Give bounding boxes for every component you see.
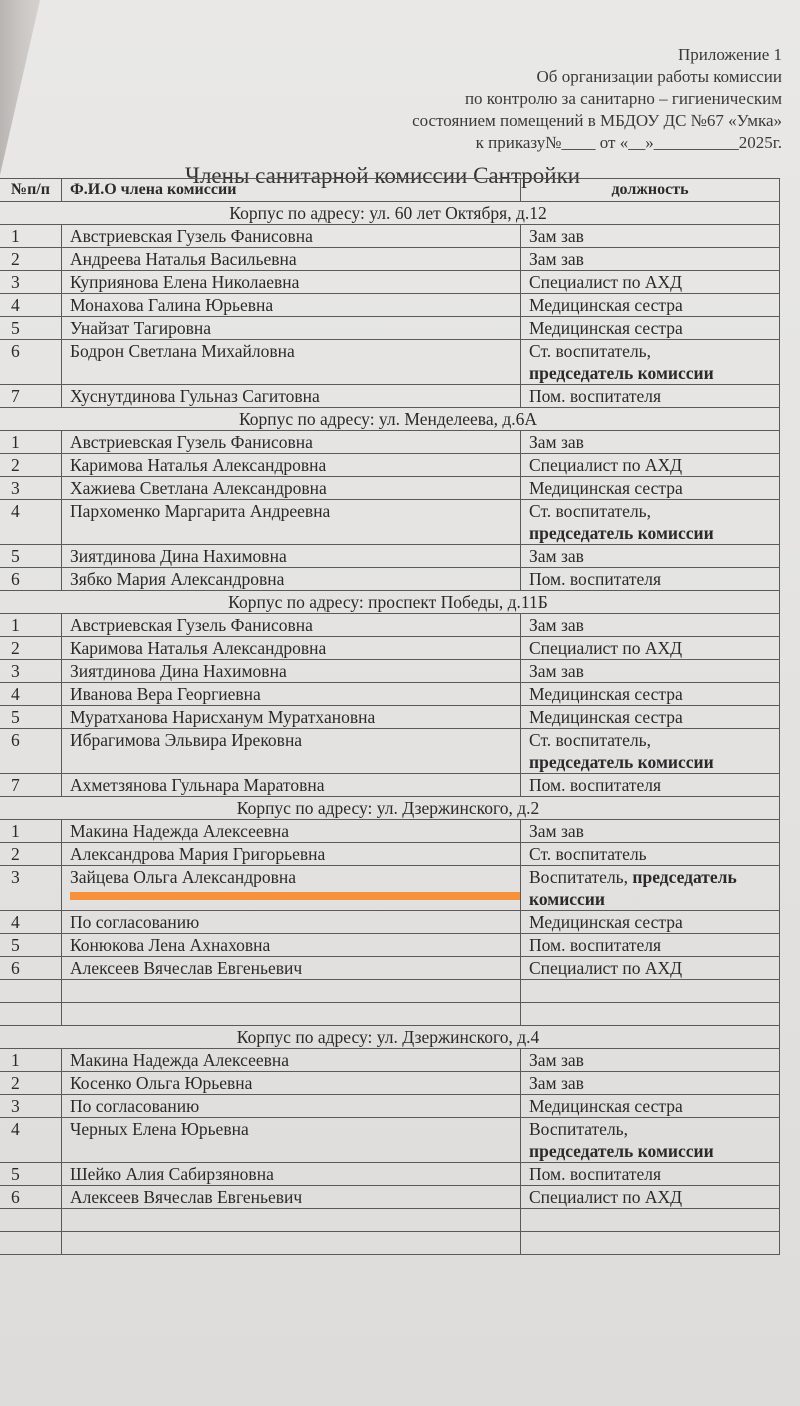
member-position-cell: Медицинская сестра [521,683,780,706]
member-name: Австриевская Гузель Фанисовна [70,226,313,246]
section-address-row: Корпус по адресу: ул. Дзержинского, д.4 [0,1026,780,1049]
row-number [0,1232,62,1255]
member-position-cell: Ст. воспитатель [521,843,780,866]
member-position-cell: Пом. воспитателя [521,568,780,591]
member-position: Ст. воспитатель, [529,730,651,750]
table-row: 4По согласованиюМедицинская сестра [0,911,780,934]
table-row: 4Иванова Вера ГеоргиевнаМедицинская сест… [0,683,780,706]
member-position-cell: Медицинская сестра [521,706,780,729]
member-name-cell [62,1209,521,1232]
empty-row [0,1209,780,1232]
table-row: 2Александрова Мария ГригорьевнаСт. воспи… [0,843,780,866]
section-address-row: Корпус по адресу: проспект Победы, д.11Б [0,591,780,614]
table-row: 3Зайцева Ольга АлександровнаВоспитатель,… [0,866,780,911]
member-position: Медицинская сестра [529,478,683,498]
table-row: 3Хажиева Светлана АлександровнаМедицинск… [0,477,780,500]
member-name: Зиятдинова Дина Нахимовна [70,546,287,566]
member-name-cell: Макина Надежда Алексеевна [62,1049,521,1072]
member-name-cell: Куприянова Елена Николаевна [62,271,521,294]
member-name-cell: Каримова Наталья Александровна [62,454,521,477]
member-position-cell: Специалист по АХД [521,957,780,980]
member-position-cell: Зам зав [521,225,780,248]
member-name-cell: Ахметзянова Гульнара Маратовна [62,774,521,797]
member-position-cell: Зам зав [521,614,780,637]
row-number: 4 [0,683,62,706]
header-position: должность [521,179,780,202]
member-name-cell: По согласованию [62,911,521,934]
member-position: Медицинская сестра [529,295,683,315]
member-name-cell [62,1003,521,1026]
empty-row [0,1003,780,1026]
row-number [0,980,62,1003]
member-position-cell: Ст. воспитатель,председатель комиссии [521,500,780,545]
table-row: 1Макина Надежда АлексеевнаЗам зав [0,1049,780,1072]
row-number: 1 [0,820,62,843]
row-number [0,1003,62,1026]
member-name-cell: Муратханова Нарисханум Муратхановна [62,706,521,729]
member-name-cell: Алексеев Вячеслав Евгеньевич [62,957,521,980]
section-address-row: Корпус по адресу: ул. 60 лет Октября, д.… [0,202,780,225]
member-name: Бодрон Светлана Михайловна [70,341,295,361]
member-position-cell: Воспитатель, председатель комиссии [521,1118,780,1163]
row-number: 1 [0,225,62,248]
table-row: 5Конюкова Лена АхнаховнаПом. воспитателя [0,934,780,957]
member-position: Специалист по АХД [529,272,682,292]
member-name: Конюкова Лена Ахнаховна [70,935,270,955]
member-name-cell: Черных Елена Юрьевна [62,1118,521,1163]
member-name-cell: Иванова Вера Георгиевна [62,683,521,706]
member-position: Зам зав [529,1073,584,1093]
row-number: 6 [0,729,62,774]
member-position: Зам зав [529,821,584,841]
row-number: 2 [0,843,62,866]
table-row: 4Монахова Галина ЮрьевнаМедицинская сест… [0,294,780,317]
row-number: 2 [0,454,62,477]
member-name-cell: Косенко Ольга Юрьевна [62,1072,521,1095]
member-position-cell: Зам зав [521,248,780,271]
member-position-cell: Специалист по АХД [521,1186,780,1209]
table-row: 1Австриевская Гузель ФанисовнаЗам зав [0,614,780,637]
member-name: Хуснутдинова Гульназ Сагитовна [70,386,320,406]
row-number: 5 [0,1163,62,1186]
member-name-cell: Каримова Наталья Александровна [62,637,521,660]
member-name-cell: Андреева Наталья Васильевна [62,248,521,271]
table-row: 5Унайзат ТагировнаМедицинская сестра [0,317,780,340]
table-row: 1Австриевская Гузель ФанисовнаЗам зав [0,431,780,454]
member-position: Воспитатель, [529,867,632,887]
member-name: Ахметзянова Гульнара Маратовна [70,775,324,795]
row-number: 3 [0,1095,62,1118]
row-number: 1 [0,1049,62,1072]
appendix-line: Об организации работы комиссии [412,66,782,88]
member-position-cell [521,1232,780,1255]
row-number: 5 [0,706,62,729]
member-name: Муратханова Нарисханум Муратхановна [70,707,375,727]
member-name: Иванова Вера Георгиевна [70,684,261,704]
member-name: Зайцева Ольга Александровна [70,867,296,887]
member-position-cell: Ст. воспитатель,председатель комиссии [521,729,780,774]
appendix-header: Приложение 1Об организации работы комисс… [412,44,782,154]
table-row: 5Зиятдинова Дина НахимовнаЗам зав [0,545,780,568]
member-position-cell: Специалист по АХД [521,271,780,294]
table-row: 3Куприянова Елена НиколаевнаСпециалист п… [0,271,780,294]
member-name: Шейко Алия Сабирзяновна [70,1164,274,1184]
member-name-cell: По согласованию [62,1095,521,1118]
member-position: Пом. воспитателя [529,775,661,795]
member-position-cell: Ст. воспитатель,председатель комиссии [521,340,780,385]
member-position-cell: Медицинская сестра [521,477,780,500]
member-position: Медицинская сестра [529,684,683,704]
member-position-cell: Медицинская сестра [521,317,780,340]
member-name: Александрова Мария Григорьевна [70,844,325,864]
member-position: Медицинская сестра [529,912,683,932]
member-name-cell: Пархоменко Маргарита Андреевна [62,500,521,545]
member-name-cell: Австриевская Гузель Фанисовна [62,225,521,248]
table-row: 2Косенко Ольга ЮрьевнаЗам зав [0,1072,780,1095]
table-row: 5Муратханова Нарисханум МуратхановнаМеди… [0,706,780,729]
member-name: Зиятдинова Дина Нахимовна [70,661,287,681]
member-position: Пом. воспитателя [529,569,661,589]
member-position: Зам зав [529,1050,584,1070]
member-position-cell: Зам зав [521,1072,780,1095]
member-position-cell: Медицинская сестра [521,294,780,317]
member-name: По согласованию [70,1096,199,1116]
member-position-cell: Зам зав [521,660,780,683]
member-name-cell: Зиятдинова Дина Нахимовна [62,545,521,568]
row-number: 1 [0,431,62,454]
table-row: 7Ахметзянова Гульнара МаратовнаПом. восп… [0,774,780,797]
member-name: Куприянова Елена Николаевна [70,272,299,292]
chair-designation: председатель комиссии [529,523,714,543]
member-name: Косенко Ольга Юрьевна [70,1073,252,1093]
member-position-cell: Зам зав [521,820,780,843]
member-position: Пом. воспитателя [529,386,661,406]
member-name: Алексеев Вячеслав Евгеньевич [70,958,302,978]
member-position-cell: Медицинская сестра [521,1095,780,1118]
member-name: Черных Елена Юрьевна [70,1119,249,1139]
member-position: Зам зав [529,226,584,246]
table-row: 6Зябко Мария АлександровнаПом. воспитате… [0,568,780,591]
member-name: Зябко Мария Александровна [70,569,284,589]
member-name: Каримова Наталья Александровна [70,638,326,658]
member-position: Зам зав [529,615,584,635]
member-position-cell: Медицинская сестра [521,911,780,934]
row-number: 5 [0,545,62,568]
table-row: 2Андреева Наталья ВасильевнаЗам зав [0,248,780,271]
member-name-cell: Алексеев Вячеслав Евгеньевич [62,1186,521,1209]
member-name-cell: Австриевская Гузель Фанисовна [62,431,521,454]
member-position-cell: Пом. воспитателя [521,385,780,408]
row-number: 3 [0,477,62,500]
member-name-cell: Хажиева Светлана Александровна [62,477,521,500]
appendix-line: по контролю за санитарно – гигиеническим [412,88,782,110]
member-name-cell: Александрова Мария Григорьевна [62,843,521,866]
empty-row [0,1232,780,1255]
member-name-cell: Австриевская Гузель Фанисовна [62,614,521,637]
row-number: 4 [0,294,62,317]
row-number: 2 [0,1072,62,1095]
table-header-row: №п/п Ф.И.О члена комисcии должность [0,179,780,202]
member-position-cell: Зам зав [521,1049,780,1072]
section-address: Корпус по адресу: проспект Победы, д.11Б [0,591,780,614]
table-row: 7Хуснутдинова Гульназ СагитовнаПом. восп… [0,385,780,408]
member-name-cell: Монахова Галина Юрьевна [62,294,521,317]
row-number: 2 [0,637,62,660]
appendix-line: состоянием помещений в МБДОУ ДС №67 «Умк… [412,110,782,132]
member-position: Ст. воспитатель, [529,501,651,521]
member-position: Специалист по АХД [529,958,682,978]
row-number [0,1209,62,1232]
member-position-cell: Воспитатель, председатель комиссии [521,866,780,911]
table-row: 5Шейко Алия СабирзяновнаПом. воспитателя [0,1163,780,1186]
table-row: 2Каримова Наталья АлександровнаСпециалис… [0,454,780,477]
member-position-cell: Пом. воспитателя [521,934,780,957]
member-name-cell [62,1232,521,1255]
table-row: 4Черных Елена ЮрьевнаВоспитатель, предсе… [0,1118,780,1163]
section-address: Корпус по адресу: ул. Менделеева, д.6А [0,408,780,431]
section-address: Корпус по адресу: ул. Дзержинского, д.2 [0,797,780,820]
member-position-cell [521,1209,780,1232]
member-name-cell: Зябко Мария Александровна [62,568,521,591]
member-position: Ст. воспитатель [529,844,647,864]
member-position: Ст. воспитатель, [529,341,651,361]
row-number: 1 [0,614,62,637]
member-name: Каримова Наталья Александровна [70,455,326,475]
member-position: Специалист по АХД [529,455,682,475]
member-position-cell: Зам зав [521,545,780,568]
table-row: 1Макина Надежда АлексеевнаЗам зав [0,820,780,843]
member-position-cell: Пом. воспитателя [521,774,780,797]
appendix-line: к приказу№____ от «__»__________2025г. [412,132,782,154]
table-row: 3Зиятдинова Дина НахимовнаЗам зав [0,660,780,683]
table-row: 1Австриевская Гузель ФанисовнаЗам зав [0,225,780,248]
member-position: Пом. воспитателя [529,1164,661,1184]
row-number: 3 [0,660,62,683]
table-row: 6Бодрон Светлана МихайловнаСт. воспитате… [0,340,780,385]
highlight-mark [70,892,520,900]
member-position: Зам зав [529,432,584,452]
member-name: Пархоменко Маргарита Андреевна [70,501,330,521]
member-name: Австриевская Гузель Фанисовна [70,615,313,635]
row-number: 7 [0,385,62,408]
member-position: Пом. воспитателя [529,935,661,955]
row-number: 3 [0,271,62,294]
member-name-cell: Ибрагимова Эльвира Ирековна [62,729,521,774]
member-name: По согласованию [70,912,199,932]
member-name: Андреева Наталья Васильевна [70,249,297,269]
member-position-cell: Специалист по АХД [521,637,780,660]
member-position: Медицинская сестра [529,707,683,727]
member-name-cell: Унайзат Тагировна [62,317,521,340]
member-name: Монахова Галина Юрьевна [70,295,273,315]
member-position: Медицинская сестра [529,1096,683,1116]
row-number: 5 [0,317,62,340]
member-position: Медицинская сестра [529,318,683,338]
row-number: 6 [0,568,62,591]
member-position: Зам зав [529,546,584,566]
member-position-cell [521,980,780,1003]
member-name-cell: Макина Надежда Алексеевна [62,820,521,843]
section-address: Корпус по адресу: ул. Дзержинского, д.4 [0,1026,780,1049]
member-position-cell: Пом. воспитателя [521,1163,780,1186]
member-position: Специалист по АХД [529,1187,682,1207]
member-name: Унайзат Тагировна [70,318,211,338]
row-number: 5 [0,934,62,957]
member-name: Ибрагимова Эльвира Ирековна [70,730,302,750]
member-name: Алексеев Вячеслав Евгеньевич [70,1187,302,1207]
member-position: Воспитатель, [529,1119,628,1139]
section-address-row: Корпус по адресу: ул. Дзержинского, д.2 [0,797,780,820]
member-position: Специалист по АХД [529,638,682,658]
member-position-cell: Зам зав [521,431,780,454]
row-number: 6 [0,957,62,980]
document-page: Приложение 1Об организации работы комисс… [0,0,800,1406]
table-row: 3По согласованиюМедицинская сестра [0,1095,780,1118]
member-position: Зам зав [529,249,584,269]
member-name-cell: Бодрон Светлана Михайловна [62,340,521,385]
row-number: 7 [0,774,62,797]
member-name: Австриевская Гузель Фанисовна [70,432,313,452]
table-row: 6Алексеев Вячеслав ЕвгеньевичСпециалист … [0,957,780,980]
member-name-cell: Конюкова Лена Ахнаховна [62,934,521,957]
table-row: 4Пархоменко Маргарита АндреевнаСт. воспи… [0,500,780,545]
member-name: Хажиева Светлана Александровна [70,478,327,498]
member-name-cell: Зиятдинова Дина Нахимовна [62,660,521,683]
chair-designation: председатель комиссии [529,752,714,772]
member-name-cell: Хуснутдинова Гульназ Сагитовна [62,385,521,408]
row-number: 2 [0,248,62,271]
member-name-cell: Зайцева Ольга Александровна [62,866,521,911]
table-row: 6Алексеев Вячеслав ЕвгеньевичСпециалист … [0,1186,780,1209]
appendix-line: Приложение 1 [412,44,782,66]
row-number: 4 [0,500,62,545]
row-number: 4 [0,911,62,934]
chair-designation: председатель комиссии [529,363,714,383]
row-number: 3 [0,866,62,911]
member-name-cell [62,980,521,1003]
empty-row [0,980,780,1003]
member-position-cell: Специалист по АХД [521,454,780,477]
header-num: №п/п [0,179,62,202]
member-position-cell [521,1003,780,1026]
row-number: 4 [0,1118,62,1163]
commission-table: №п/п Ф.И.О члена комисcии должность Корп… [0,178,780,1255]
chair-designation: председатель комиссии [529,1141,714,1161]
member-position: Зам зав [529,661,584,681]
member-name-cell: Шейко Алия Сабирзяновна [62,1163,521,1186]
header-name: Ф.И.О члена комисcии [62,179,521,202]
row-number: 6 [0,1186,62,1209]
section-address: Корпус по адресу: ул. 60 лет Октября, д.… [0,202,780,225]
member-name: Макина Надежда Алексеевна [70,821,289,841]
member-name: Макина Надежда Алексеевна [70,1050,289,1070]
table-row: 2Каримова Наталья АлександровнаСпециалис… [0,637,780,660]
row-number: 6 [0,340,62,385]
section-address-row: Корпус по адресу: ул. Менделеева, д.6А [0,408,780,431]
table-row: 6Ибрагимова Эльвира ИрековнаСт. воспитат… [0,729,780,774]
